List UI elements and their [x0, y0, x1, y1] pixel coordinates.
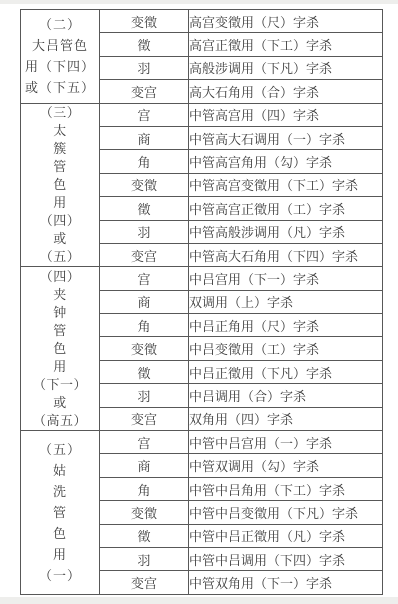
section-label-line: 或	[21, 230, 99, 248]
section-label-line: 或（下五）	[21, 77, 99, 98]
section-label-line: （四）	[21, 212, 99, 230]
note-cell: 商	[100, 126, 189, 149]
section-label-line: 用	[21, 194, 99, 212]
desc-cell: 中管高宫正徵用（工）字杀	[189, 197, 383, 220]
desc-cell: 高大石角用（合）字杀	[189, 80, 383, 103]
note-cell: 变宫	[100, 407, 189, 430]
section-label-line: 洗	[21, 481, 99, 502]
section-label-line: （五）	[21, 439, 99, 460]
section-label-line: 姑	[21, 460, 99, 481]
desc-cell: 中管双角用（下一）字杀	[189, 571, 383, 594]
desc-cell: 中管中吕调用（下四）字杀	[189, 547, 383, 570]
desc-cell: 中管中吕变徵用（下凡）字杀	[189, 501, 383, 524]
note-cell: 变宫	[100, 243, 189, 266]
note-cell: 角	[100, 314, 189, 337]
section-label-cell: （五） 姑 洗 管 色 用 （一）	[21, 431, 100, 595]
scanned-page: （二） 大吕管色 用（下四） 或（下五） 变徵 高宫变徵用（尺）字杀 徵 高宫正…	[0, 0, 398, 604]
section-label-line: 或	[21, 394, 99, 412]
note-cell: 徵	[100, 524, 189, 547]
desc-cell: 中吕变徵用（工）字杀	[189, 337, 383, 360]
section-label-line: 管	[21, 158, 99, 176]
section-label-line: （四）	[21, 268, 99, 286]
desc-cell: 中管高大石角用（下四）字杀	[189, 243, 383, 266]
section-label-line: （三）	[21, 104, 99, 122]
note-cell: 宫	[100, 431, 189, 454]
desc-cell: 高宫正徵用（下工）字杀	[189, 33, 383, 56]
desc-cell: 中管中吕宫用（一）字杀	[189, 431, 383, 454]
section-label-line: 钟	[21, 304, 99, 322]
note-cell: 变宫	[100, 80, 189, 103]
note-cell: 角	[100, 150, 189, 173]
desc-cell: 中管高般涉调用（凡）字杀	[189, 220, 383, 243]
section-label-line: 色	[21, 523, 99, 544]
section-label-line: 用（下四）	[21, 56, 99, 77]
desc-cell: 中管高大石调用（一）字杀	[189, 126, 383, 149]
section-label-line: （下一）	[21, 376, 99, 394]
top-edge-band	[0, 0, 398, 4]
table-row: （五） 姑 洗 管 色 用 （一） 宫 中管中吕宫用（一）字杀	[21, 431, 383, 454]
pipe-mode-table: （二） 大吕管色 用（下四） 或（下五） 变徵 高宫变徵用（尺）字杀 徵 高宫正…	[20, 9, 383, 595]
desc-cell: 中管高宫用（四）字杀	[189, 103, 383, 126]
section-label-line: （一）	[21, 565, 99, 586]
note-cell: 羽	[100, 547, 189, 570]
desc-cell: 中吕调用（合）字杀	[189, 384, 383, 407]
note-cell: 羽	[100, 384, 189, 407]
section-label-line: 用	[21, 358, 99, 376]
desc-cell: 中管高宫角用（勾）字杀	[189, 150, 383, 173]
section-label-line: 管	[21, 322, 99, 340]
table-row: （二） 大吕管色 用（下四） 或（下五） 变徵 高宫变徵用（尺）字杀	[21, 10, 383, 33]
note-cell: 羽	[100, 220, 189, 243]
note-cell: 变徵	[100, 10, 189, 33]
note-cell: 变徵	[100, 501, 189, 524]
section-label-line: 大吕管色	[21, 35, 99, 56]
desc-cell: 中吕正角用（尺）字杀	[189, 314, 383, 337]
section-label-line: 夹	[21, 286, 99, 304]
bottom-edge-band	[0, 597, 398, 604]
desc-cell: 高宫变徵用（尺）字杀	[189, 10, 383, 33]
desc-cell: 中吕正徵用（下凡）字杀	[189, 360, 383, 383]
note-cell: 徵	[100, 197, 189, 220]
section-label-line: 色	[21, 340, 99, 358]
section-label-line: 色	[21, 176, 99, 194]
table-row: （三） 太 簇 管 色 用 （四） 或 （五） 宫 中管高宫用（四）字杀	[21, 103, 383, 126]
section-label-line: 管	[21, 502, 99, 523]
note-cell: 角	[100, 477, 189, 500]
desc-cell: 高般涉调用（下凡）字杀	[189, 56, 383, 79]
note-cell: 宫	[100, 103, 189, 126]
desc-cell: 中吕宫用（下一）字杀	[189, 267, 383, 290]
desc-cell: 中管双调用（勾）字杀	[189, 454, 383, 477]
section-label-line: （五）	[21, 248, 99, 266]
section-label-cell: （二） 大吕管色 用（下四） 或（下五）	[21, 10, 100, 104]
table-row: （四） 夹 钟 管 色 用 （下一） 或 （高五） 宫 中吕宫用（下一）字杀	[21, 267, 383, 290]
section-label-line: （二）	[21, 14, 99, 35]
note-cell: 商	[100, 454, 189, 477]
note-cell: 变宫	[100, 571, 189, 594]
section-label-cell: （三） 太 簇 管 色 用 （四） 或 （五）	[21, 103, 100, 267]
note-cell: 羽	[100, 56, 189, 79]
section-label-cell: （四） 夹 钟 管 色 用 （下一） 或 （高五）	[21, 267, 100, 431]
desc-cell: 双调用（上）字杀	[189, 290, 383, 313]
section-label-line: （高五）	[21, 412, 99, 430]
desc-cell: 中管中吕正徵用（凡）字杀	[189, 524, 383, 547]
desc-cell: 中管高宫变徵用（下工）字杀	[189, 173, 383, 196]
section-label-line: 簇	[21, 140, 99, 158]
section-label-line: 太	[21, 122, 99, 140]
note-cell: 宫	[100, 267, 189, 290]
note-cell: 变徵	[100, 337, 189, 360]
note-cell: 商	[100, 290, 189, 313]
desc-cell: 中管中吕角用（下工）字杀	[189, 477, 383, 500]
note-cell: 徵	[100, 360, 189, 383]
desc-cell: 双角用（四）字杀	[189, 407, 383, 430]
section-label-line: 用	[21, 544, 99, 565]
note-cell: 变徵	[100, 173, 189, 196]
note-cell: 徵	[100, 33, 189, 56]
